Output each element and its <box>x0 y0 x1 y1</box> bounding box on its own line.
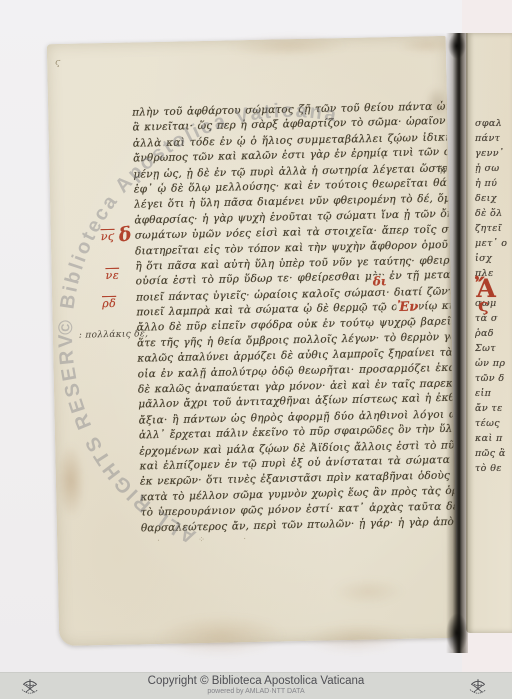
text-line: Σωτ <box>475 343 512 358</box>
text-line: πάντ <box>475 133 512 148</box>
facing-page: σφαλπάντγενν᾽ᾗ σωἡ πύδειχδὲ ὅλζητεῖμετ᾽ … <box>466 33 512 633</box>
margin-red-numeral-3: ρδ <box>102 297 116 310</box>
manuscript-text-block: πλὴν τοῦ ἀφθάρτου σώματος ζῇ τῶν τοῦ θεί… <box>132 100 455 537</box>
inline-rubric-1: δι <box>372 275 388 287</box>
inline-rubric-2: Ἐν <box>396 301 419 314</box>
parchment-stain <box>227 34 351 59</box>
text-line: ἡ πύ <box>475 178 512 193</box>
text-line: καὶ π <box>475 433 512 448</box>
facing-page-red-initials: Ἄ ς <box>475 276 496 315</box>
text-line: τὸ θε <box>475 463 512 478</box>
margin-red-numeral-1: νϛ <box>101 230 115 243</box>
book-gutter-shadow <box>446 33 468 653</box>
margin-red-initial: δ <box>117 223 133 247</box>
manuscript-viewer-canvas: σφαλπάντγενν᾽ᾗ σωἡ πύδειχδὲ ὅλζητεῖμετ᾽ … <box>0 0 512 699</box>
text-line: ζητεῖ <box>475 223 512 238</box>
text-line: μετ᾽ ο <box>475 238 512 253</box>
parchment-stain <box>56 444 86 519</box>
text-line: σφαλ <box>475 118 512 133</box>
quire-mark: ϛ <box>54 58 61 69</box>
text-line: τῶν δ <box>475 373 512 388</box>
manuscript-page: ϛ πλὴν τοῦ ἀφθάρτου σώματος ζῇ τῶν τοῦ θ… <box>47 36 459 646</box>
footer-powered-by: powered by AMLAD·NTT DATA <box>0 688 512 696</box>
foot-marks: · ⁘ · <box>157 534 264 545</box>
text-line: ᾗ σω <box>475 163 512 178</box>
margin-note-left: : πολλάκις δὲ, <box>79 329 149 340</box>
vatican-library-seal-icon <box>467 676 489 698</box>
parchment-stain <box>154 613 287 658</box>
text-line: δειχ <box>475 193 512 208</box>
margin-red-numeral-2: νε <box>105 269 119 282</box>
text-line: γενν᾽ <box>475 148 512 163</box>
text-line: ἰσχ <box>475 253 512 268</box>
text-line: εἰπ <box>475 388 512 403</box>
text-line: ῥαδ <box>475 328 512 343</box>
text-line: τέως <box>475 418 512 433</box>
parchment-stain <box>331 577 406 607</box>
footer-copyright: Copyright © Biblioteca Apostolica Vatica… <box>0 675 512 688</box>
text-line: ὧν πρ <box>475 358 512 373</box>
footer-bar: Copyright © Biblioteca Apostolica Vatica… <box>0 672 512 699</box>
text-line: πῶς ἂ <box>475 448 512 463</box>
text-line: δὲ ὅλ <box>475 208 512 223</box>
text-line: ἄν τε <box>475 403 512 418</box>
footer-text: Copyright © Biblioteca Apostolica Vatica… <box>0 675 512 696</box>
parchment-stain <box>304 621 409 655</box>
